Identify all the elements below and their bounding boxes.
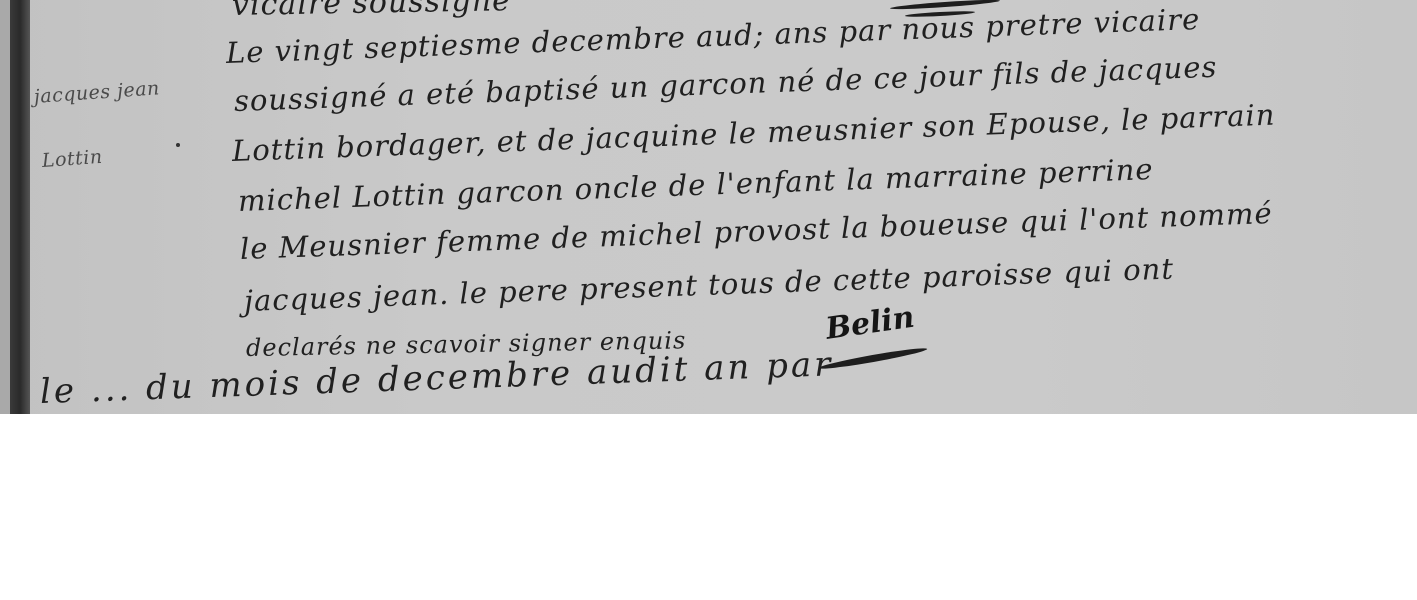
- ink-dot: [176, 143, 180, 147]
- binding-shadow: [10, 0, 30, 414]
- document-scan: jacques jean Lottin vicaire soussigné Le…: [0, 0, 1417, 414]
- signature-flourish: [818, 346, 928, 372]
- margin-note-name: jacques jean: [33, 77, 160, 108]
- margin-note-surname: Lottin: [41, 146, 103, 172]
- page-edge: [0, 0, 10, 414]
- register-line-7: jacques jean. le pere present tous de ce…: [243, 252, 1174, 318]
- register-line-1: vicaire soussigné: [232, 0, 511, 23]
- signature: Belin: [824, 300, 917, 347]
